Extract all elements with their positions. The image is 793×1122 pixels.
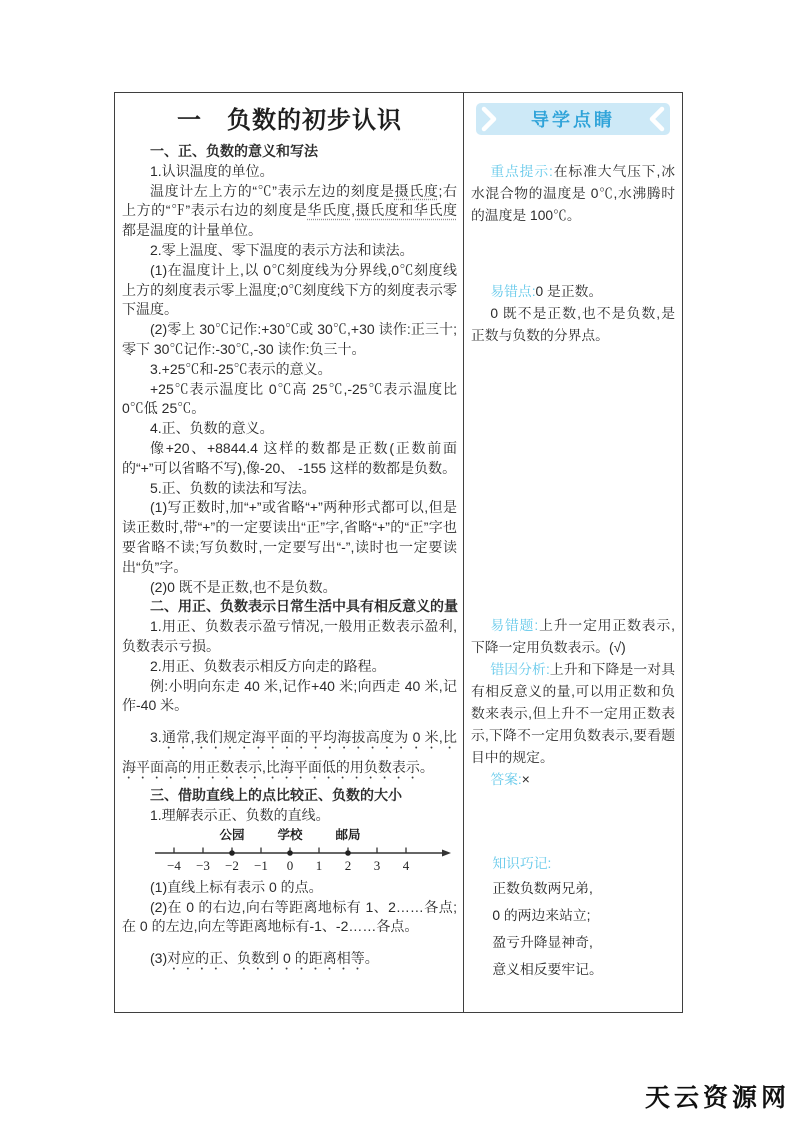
section-key-hint: 重点提示:在标准大气压下,冰水混合物的温度是 0℃,水沸腾时的温度是 100℃。 [471, 161, 675, 227]
paragraph-equidistant: (2)在 0 的右边,向右等距离地标有 1、2……各点;在 0 的左边,向左等距… [122, 898, 457, 938]
paragraph-direction: 2.用正、负数表示相反方向走的路程。 [122, 657, 457, 677]
point-park [229, 850, 235, 856]
answer-paragraph: 答案:× [471, 769, 675, 791]
paragraph-rw-rule2: (2)0 既不是正数,也不是负数。 [122, 578, 457, 598]
tick-label: 2 [345, 858, 352, 873]
text-run: 都是温度的计量单位。 [122, 222, 262, 238]
tick-label: 1 [316, 858, 323, 873]
error-point-explain: 0 既不是正数,也不是负数,是正数与负数的分界点。 [471, 303, 675, 347]
paragraph-rw-title: 5.正、负数的读法和写法。 [122, 479, 457, 499]
text-run: (3) [150, 950, 167, 966]
paragraph-profit-loss: 1.用正、负数表示盈亏情况,一般用正数表示盈利,负数表示亏损。 [122, 617, 457, 657]
sidebar: 导学点睛 重点提示:在标准大气压下,冰水混合物的温度是 0℃,水沸腾时的温度是 … [464, 93, 682, 1012]
error-question-paragraph: 易错题:上升一定用正数表示,下降一定用负数表示。(√) [471, 615, 675, 659]
paragraph-pn-meaning-title: 4.正、负数的意义。 [122, 419, 457, 439]
number-line-figure: 公园 学校 邮局 −4 [148, 827, 457, 877]
key-hint-paragraph: 重点提示:在标准大气压下,冰水混合物的温度是 0℃,水沸腾时的温度是 100℃。 [471, 161, 675, 227]
error-point-text: 0 是正数。 [536, 284, 603, 299]
sidebar-banner-title: 导学点睛 [531, 106, 615, 132]
paragraph-line-title: 1.理解表示正、负数的直线。 [122, 806, 457, 826]
error-question-label: 易错题: [490, 618, 538, 633]
paragraph-temp-unit: 1.认识温度的单位。 [122, 162, 457, 182]
section-error-question: 易错题:上升一定用正数表示,下降一定用负数表示。(√) 错因分析:上升和下降是一… [471, 615, 675, 791]
station-label-park: 公园 [219, 828, 245, 842]
paragraph-meaning-title: 3.+25℃和-25℃表示的意义。 [122, 360, 457, 380]
mnemonic-line: 0 的两边来站立; [492, 902, 675, 929]
document-page: 一 负数的初步认识 一、正、负数的意义和写法 1.认识温度的单位。 温度计左上方… [0, 0, 793, 1122]
emphasized-text: 通常,我们规定海平面的平均海拔高度为 0 米,比海平面高的用正数表示,比海平面低… [122, 729, 457, 775]
paragraph-record-30: (2)零上 30℃记作:+30℃或 30℃,+30 读作:正三十;零下 30℃记… [122, 320, 457, 360]
mnemonic-line: 正数负数两兄弟, [492, 875, 675, 902]
mnemonic-line: 意义相反要牢记。 [492, 956, 675, 983]
main-column: 一 负数的初步认识 一、正、负数的意义和写法 1.认识温度的单位。 温度计左上方… [115, 93, 464, 1012]
paragraph-rw-rule1: (1)写正数时,加“+”或省略“+”两种形式都可以,但是读正数时,带“+”的一定… [122, 498, 457, 577]
number-line-svg: 公园 学校 邮局 −4 [148, 827, 458, 877]
watermark: 天云资源网 [645, 1078, 790, 1114]
paragraph-thermometer: 温度计左上方的“℃”表示左边的刻度是摄氏度;右上方的“℉”表示右边的刻度是华氏度… [122, 182, 457, 241]
text-run: 温度计左上方的“℃”表示左边的刻度是 [150, 183, 395, 199]
error-analysis-text: 上升和下降是一对具有相反意义的量,可以用正数和负数来表示,但上升不一定用正数表示… [471, 662, 675, 765]
paragraph-pn-examples: 像+20、+8844.4 这样的数都是正数(正数前面的“+”可以省略不写),像-… [122, 439, 457, 479]
tick-label: 3 [374, 858, 381, 873]
error-analysis-label: 错因分析: [490, 662, 549, 677]
content-box: 一 负数的初步认识 一、正、负数的意义和写法 1.认识温度的单位。 温度计左上方… [114, 92, 683, 1013]
emphasized-text: 对应的正、负数到 0 的距离相等。 [167, 950, 379, 966]
answer-label: 答案: [490, 772, 521, 787]
key-hint-label: 重点提示: [490, 164, 553, 179]
paragraph-zero-point: (1)直线上标有表示 0 的点。 [122, 878, 457, 898]
sidebar-banner: 导学点睛 [476, 103, 670, 135]
error-analysis-paragraph: 错因分析:上升和下降是一对具有相反意义的量,可以用正数和负数来表示,但上升不一定… [471, 659, 675, 769]
text-run: 3. [150, 729, 162, 745]
chevron-right-icon [481, 106, 497, 132]
point-school [287, 850, 293, 856]
section-mnemonic: 知识巧记: 正数负数两兄弟, 0 的两边来站立; 盈亏升降显神奇, 意义相反要牢… [471, 853, 675, 983]
section-heading-2: 二、用正、负数表示日常生活中具有相反意义的量 [122, 597, 457, 617]
paragraph-sea-level: 3.通常,我们规定海平面的平均海拔高度为 0 米,比海平面高的用正数表示,比海平… [122, 722, 457, 782]
error-point-label: 易错点: [490, 284, 535, 299]
paragraph-walk-example: 例:小明向东走 40 米,记作+40 米;向西走 40 米,记作-40 米。 [122, 677, 457, 717]
paragraph-read-methods: 2.零上温度、零下温度的表示方法和读法。 [122, 241, 457, 261]
key-term-both: 摄氏度和华氏度 [355, 202, 457, 218]
error-point-paragraph: 易错点:0 是正数。 [471, 281, 675, 303]
axis-arrowhead [442, 849, 451, 856]
tick-label: −1 [254, 858, 268, 873]
mnemonic-line: 盈亏升降显神奇, [492, 929, 675, 956]
station-label-post: 邮局 [335, 827, 361, 842]
tick-label: −2 [225, 858, 239, 873]
answer-text: × [522, 772, 530, 787]
key-term-celsius: 摄氏度 [395, 183, 439, 199]
section-heading-1: 一、正、负数的意义和写法 [122, 142, 457, 162]
section-heading-3: 三、借助直线上的点比较正、负数的大小 [122, 786, 457, 806]
station-label-school: 学校 [277, 827, 303, 842]
tick-label: 4 [403, 858, 410, 873]
paragraph-zero-line: (1)在温度计上,以 0℃刻度线为分界线,0℃刻度线上方的刻度表示零上温度;0℃… [122, 261, 457, 320]
page-title: 一 负数的初步认识 [122, 100, 457, 135]
chevron-left-icon [649, 106, 665, 132]
key-term-fahrenheit: 华氏度 [307, 202, 351, 218]
mnemonic-label: 知识巧记: [492, 853, 675, 875]
paragraph-distance-equal: (3)对应的正、负数到 0 的距离相等。 [122, 943, 457, 973]
tick-label: 0 [287, 858, 294, 873]
point-post [345, 850, 351, 856]
section-error-point: 易错点:0 是正数。 0 既不是正数,也不是负数,是正数与负数的分界点。 [471, 281, 675, 347]
tick-label: −3 [196, 858, 210, 873]
paragraph-meaning-25: +25℃表示温度比 0℃高 25℃,-25℃表示温度比 0℃低 25℃。 [122, 380, 457, 420]
tick-label: −4 [167, 858, 181, 873]
